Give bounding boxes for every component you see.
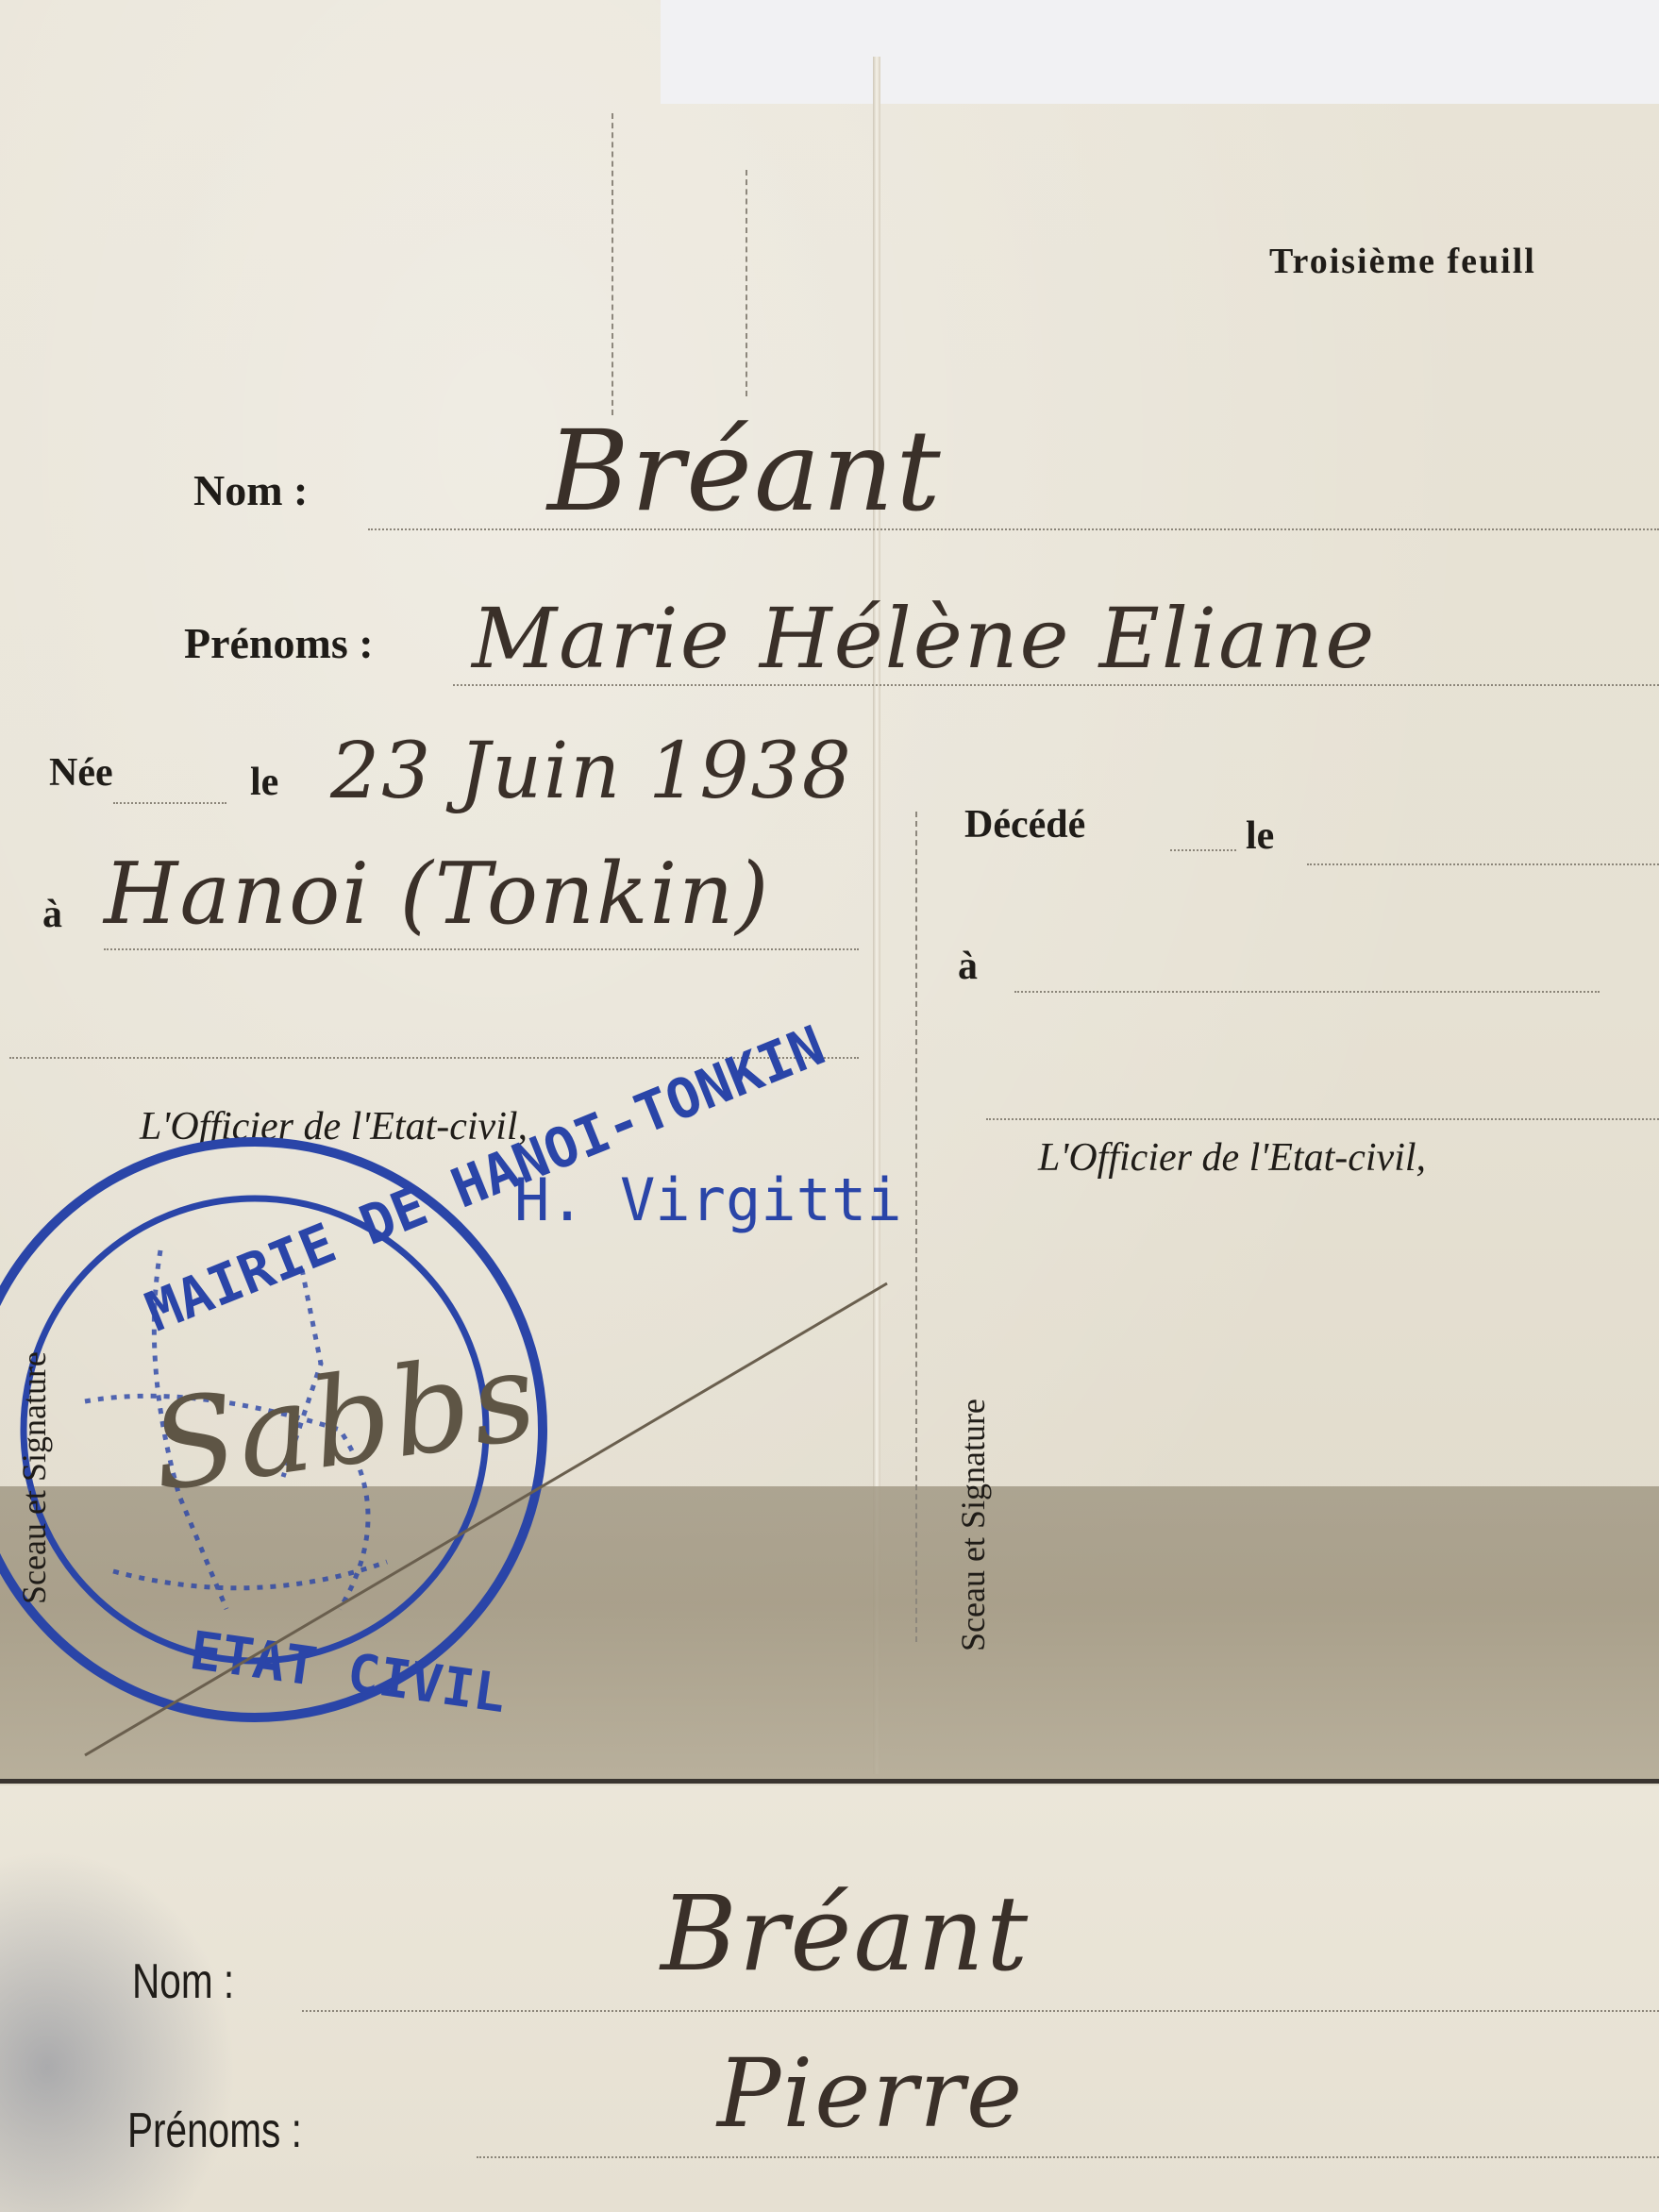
decede-a-label: à bbox=[958, 944, 978, 989]
birth-place-line bbox=[104, 948, 859, 950]
lower-prenoms-value: Pierre bbox=[717, 2038, 1024, 2149]
guide-line bbox=[746, 170, 747, 396]
section-divider bbox=[0, 1779, 1659, 1784]
nom-value: Bréant bbox=[547, 406, 943, 536]
nee-label: Née bbox=[49, 750, 113, 796]
nee-line bbox=[113, 802, 226, 804]
lower-nom-line bbox=[302, 2010, 1659, 2012]
seal-signature-label-right: Sceau et Signature bbox=[953, 1399, 993, 1651]
seal-signature-label-left: Sceau et Signature bbox=[14, 1351, 54, 1604]
officer-label-right: L'Officier de l'Etat-civil, bbox=[1038, 1135, 1426, 1181]
le-label: le bbox=[250, 760, 278, 805]
lower-prenoms-label: Prénoms : bbox=[127, 2103, 302, 2159]
decede-le-label: le bbox=[1246, 813, 1274, 859]
nom-label: Nom : bbox=[193, 465, 308, 515]
sheet-header: Troisième feuill bbox=[1269, 241, 1536, 282]
birth-date: 23 Juin 1938 bbox=[330, 727, 853, 816]
death-place-line bbox=[1014, 991, 1600, 993]
lower-nom-label: Nom : bbox=[132, 1953, 234, 2010]
signature-stroke-icon bbox=[75, 1274, 897, 1765]
prenoms-value: Marie Hélène Eliane bbox=[472, 590, 1376, 687]
decede-label: Décédé bbox=[964, 802, 1085, 847]
column-divider bbox=[915, 812, 917, 1642]
lower-nom-value: Bréant bbox=[661, 1873, 1030, 1994]
guide-line bbox=[612, 113, 613, 415]
extra-line-right bbox=[986, 1118, 1659, 1120]
decede-line bbox=[1170, 849, 1236, 851]
lower-prenoms-line bbox=[477, 2156, 1659, 2158]
death-date-line bbox=[1307, 863, 1659, 865]
prenoms-label: Prénoms : bbox=[184, 618, 374, 668]
background-surface bbox=[661, 0, 1659, 104]
birth-place: Hanoi (Tonkin) bbox=[104, 845, 770, 944]
a-label: à bbox=[42, 892, 62, 937]
